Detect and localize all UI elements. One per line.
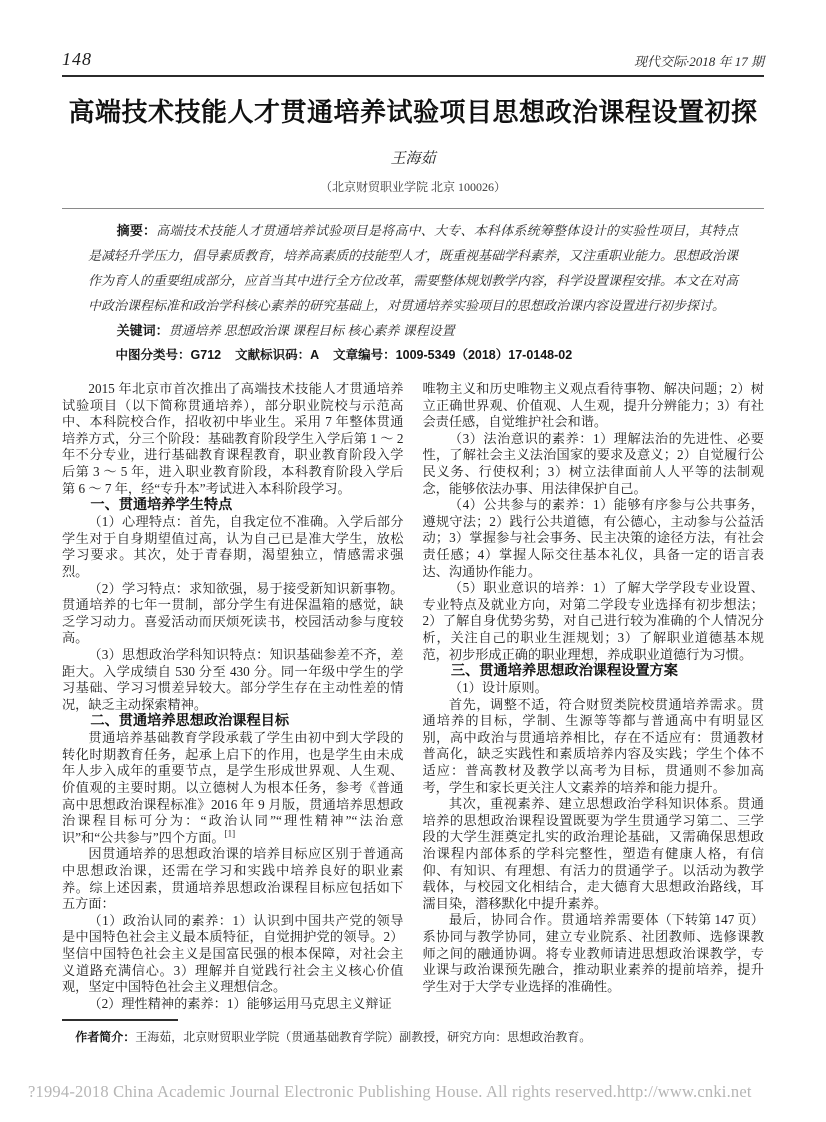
body-paragraph-continuation: 唯物主义和历史唯物主义观点看待事物、解决问题；2）树立正确世界观、价值观、人生观…: [423, 381, 765, 431]
continued-on-note: （下转第 147 页）: [659, 912, 765, 929]
footnote-rule: [62, 1019, 178, 1021]
right-column: 唯物主义和历史唯物主义观点看待事物、解决问题；2）树立正确世界观、价值观、人生观…: [423, 381, 765, 1012]
body-paragraph: （2）理性精神的素养：1）能够运用马克思主义辩证: [62, 996, 404, 1013]
body-paragraph: 因贯通培养的思想政治课的培养目标应区别于普通高中思想政治课，还需在学习和实践中培…: [62, 846, 404, 912]
body-paragraph: 贯通培养基础教育学段承载了学生由初中到大学段的转化时期教育任务，起承上启下的作用…: [62, 730, 404, 846]
citation-ref: [1]: [225, 828, 236, 838]
body-paragraph: （下转第 147 页）最后，协同合作。贯通培养需要体系协同与教学协同，建立专业院…: [423, 912, 765, 995]
section-heading-1: 一、贯通培养学生特点: [62, 497, 404, 514]
running-header: 148 现代交际·2018 年 17 期: [62, 44, 764, 70]
title-divider: [62, 208, 764, 209]
body-paragraph: （5）职业意识的培养：1）了解大学学段专业设置、专业特点及就业方向，对第二学段专…: [423, 580, 765, 663]
body-paragraph: （1）心理特点：首先，自我定位不准确。入学后部分学生对于自身期望值过高，认为自己…: [62, 514, 404, 580]
section-heading-3: 三、贯通培养思想政治课程设置方案: [423, 663, 765, 680]
cnki-url: http://www.cnki.net: [617, 1082, 752, 1102]
abstract: 摘要：高端技术技能人才贯通培养试验项目是将高中、大专、本科体系统筹整体设计的实验…: [88, 218, 738, 318]
header-rule: [62, 75, 764, 77]
section-heading-2: 二、贯通培养思想政治课程目标: [62, 713, 404, 730]
body-paragraph: （3）法治意识的素养：1）理解法治的先进性、必要性，了解社会主义法治国家的要求及…: [423, 431, 765, 497]
doc-code-label: 文献标识码：: [235, 348, 310, 362]
journal-name: 现代交际·2018 年 17 期: [634, 51, 764, 70]
classification-line: 中图分类号：G712文献标识码：A文章编号：1009-5349（2018）17-…: [88, 343, 738, 368]
bio-text: 王海茹，北京财贸职业学院（贯通基础教育学院）副教授，研究方向：思想政治教育。: [135, 1030, 591, 1044]
body-paragraph: 其次，重视素养、建立思想政治学科知识体系。贯通培养的思想政治课程设置既要为学生贯…: [423, 796, 765, 912]
body-paragraph: （2）学习特点：求知欲强，易于接受新知识新事物。贯通培养的七年一贯制，部分学生有…: [62, 581, 404, 647]
left-column: 2015 年北京市首次推出了高端技术技能人才贯通培养试验项目（以下简称贯通培养）…: [62, 381, 404, 1012]
keywords: 关键词：贯通培养 思想政治课 课程目标 核心素养 课程设置: [88, 318, 738, 343]
article-no-value: 1009-5349（2018）17-0148-02: [396, 348, 573, 362]
meta-block: 摘要：高端技术技能人才贯通培养试验项目是将高中、大专、本科体系统筹整体设计的实验…: [88, 218, 738, 368]
page-number: 148: [62, 49, 92, 70]
keywords-label: 关键词：: [117, 323, 169, 338]
affiliation: （北京财贸职业学院 北京 100026）: [62, 178, 764, 195]
body-paragraph: （3）思想政治学科知识特点：知识基础参差不齐，差距大。入学成绩自 530 分至 …: [62, 647, 404, 713]
abstract-text: 高端技术技能人才贯通培养试验项目是将高中、大专、本科体系统筹整体设计的实验性项目…: [88, 223, 738, 313]
body-paragraph: （1）政治认同的素养：1）认识到中国共产党的领导是中国特色社会主义最本质特征，自…: [62, 913, 404, 996]
author-name: 王海茹: [62, 147, 764, 168]
page-content: 148 现代交际·2018 年 17 期 高端技术技能人才贯通培养试验项目思想政…: [0, 0, 826, 1045]
body-paragraph: 首先，调整不适，符合财贸类院校贯通培养需求。贯通培养的目标，学制、生源等等都与普…: [423, 697, 765, 797]
doc-code-value: A: [310, 348, 319, 362]
article-no-label: 文章编号：: [333, 348, 396, 362]
clc-label: 中图分类号：: [116, 348, 191, 362]
clc-value: G712: [191, 348, 222, 362]
cnki-watermark: ?1994-2018 China Academic Journal Electr…: [28, 1082, 738, 1102]
author-bio: 作者简介：王海茹，北京财贸职业学院（贯通基础教育学院）副教授，研究方向：思想政治…: [62, 1028, 764, 1045]
keywords-text: 贯通培养 思想政治课 课程目标 核心素养 课程设置: [169, 323, 455, 338]
article-title: 高端技术技能人才贯通培养试验项目思想政治课程设置初探: [62, 95, 764, 130]
copyright-text: ?1994-2018 China Academic Journal Electr…: [28, 1082, 617, 1102]
body-paragraph: 2015 年北京市首次推出了高端技术技能人才贯通培养试验项目（以下简称贯通培养）…: [62, 381, 404, 497]
body-paragraph: （4）公共参与的素养：1）能够有序参与公共事务，遵规守法；2）践行公共道德，有公…: [423, 497, 765, 580]
bio-label: 作者简介：: [75, 1030, 135, 1044]
body-columns: 2015 年北京市首次推出了高端技术技能人才贯通培养试验项目（以下简称贯通培养）…: [62, 381, 764, 1012]
body-paragraph: （1）设计原则。: [423, 680, 765, 697]
abstract-label: 摘要：: [117, 223, 157, 238]
